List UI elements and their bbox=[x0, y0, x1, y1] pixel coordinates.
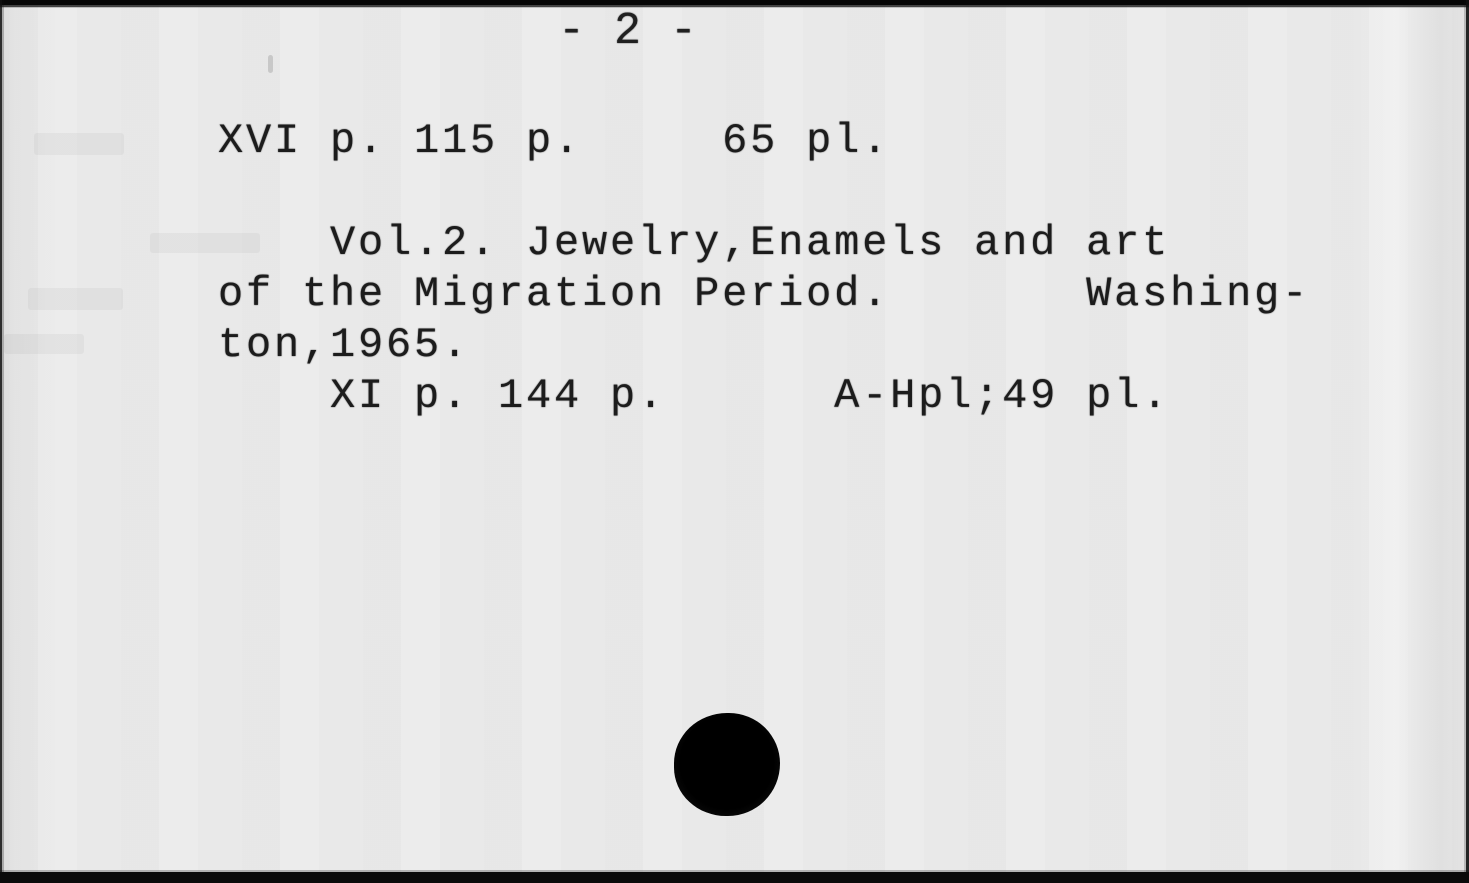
scanned-page: - 2 - XVI p. 115 p. 65 pl. Vol.2. Jewelr… bbox=[0, 0, 1469, 883]
scan-left-edge bbox=[0, 0, 5, 883]
scan-smudge bbox=[34, 133, 124, 155]
scan-smudge bbox=[268, 55, 273, 73]
scan-smudge bbox=[28, 288, 123, 310]
scan-top-border bbox=[0, 0, 1469, 8]
scan-right-edge bbox=[1464, 0, 1469, 883]
scan-bottom-border bbox=[0, 870, 1469, 883]
page-number: - 2 - bbox=[558, 6, 698, 58]
ink-dot-mark bbox=[674, 713, 780, 816]
typewritten-text: XVI p. 115 p. 65 pl. Vol.2. Jewelry,Enam… bbox=[218, 116, 1310, 422]
scan-smudge bbox=[4, 334, 84, 354]
